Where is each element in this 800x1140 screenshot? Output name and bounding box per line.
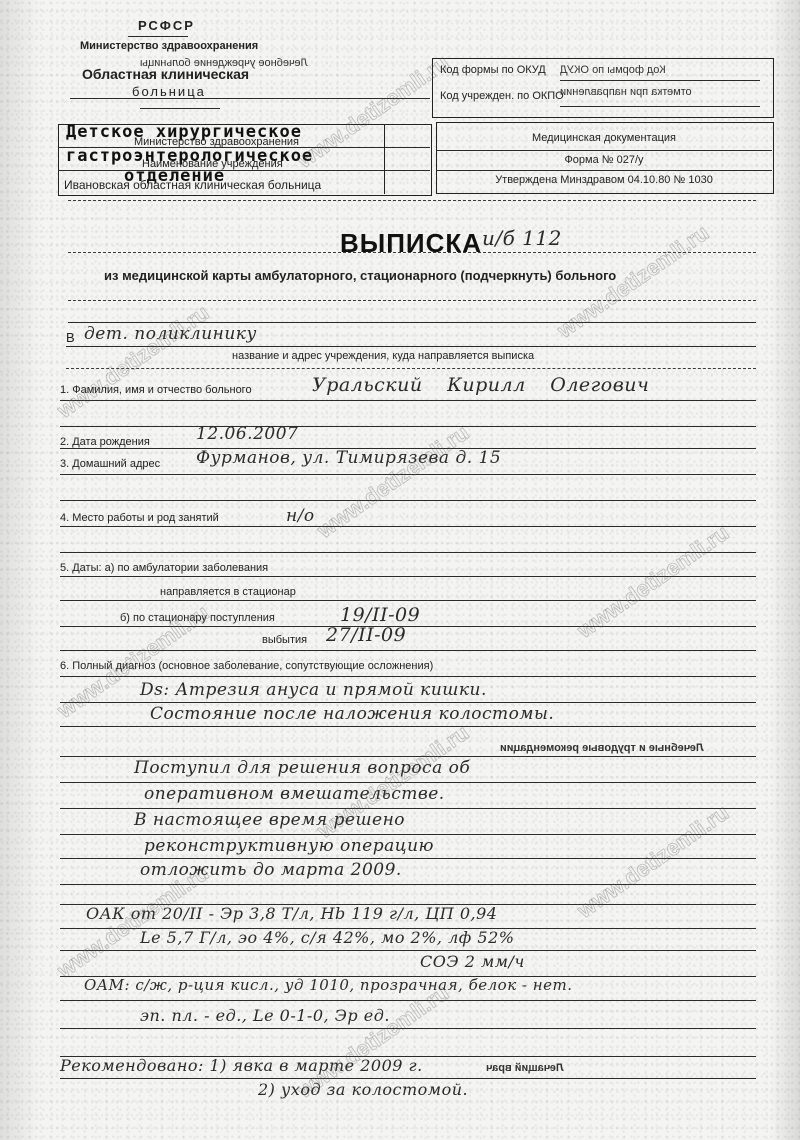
field-line [60, 426, 756, 427]
diagnosis-line1: Ds: Атрезия ануса и прямой кишки. [140, 680, 487, 700]
scan-shadow-right [770, 0, 800, 1140]
divider [68, 322, 756, 323]
diagnosis-line2: Состояние после наложения колостомы. [150, 704, 554, 724]
discharge-label: выбытия [262, 634, 307, 646]
divider [436, 150, 772, 151]
scan-shadow-left [0, 0, 40, 1140]
destination-value: дет. поликлинику [84, 324, 257, 344]
field-line [60, 676, 756, 677]
field-line [60, 650, 756, 651]
dates-label: 5. Даты: а) по амбулатории заболевания [60, 562, 268, 574]
birth-date-value: 12.06.2007 [196, 424, 298, 444]
field-line [60, 834, 756, 835]
diagnosis-label: 6. Полный диагноз (основное заболевание,… [60, 660, 433, 672]
note-line: Поступил для решения вопроса об [134, 758, 470, 778]
note-line: В настоящее время решено [134, 810, 405, 830]
field-line [60, 500, 756, 501]
home-address-value: Фурманов, ул. Тимирязева д. 15 [196, 448, 501, 468]
patient-name-value: Уральский Кирилл Олегович [312, 374, 649, 396]
recommendation-line1: Рекомендовано: 1) явка в марте 2009 г. [60, 1056, 423, 1075]
field-line [66, 346, 756, 347]
field-line [60, 400, 756, 401]
field-line [60, 858, 756, 859]
divider [70, 98, 430, 99]
destination-caption: название и адрес учреждения, куда направ… [232, 350, 534, 362]
admission-label: б) по стационару поступления [120, 612, 275, 624]
document-title: ВЫПИСКА [340, 228, 482, 259]
divider [68, 300, 756, 301]
form-code-label: Код формы по ОКУД [440, 64, 546, 76]
ministry-top: Министерство здравоохранения [80, 40, 258, 52]
patient-name-label: 1. Фамилия, имя и отчество больного [60, 384, 252, 396]
field-line [60, 782, 756, 783]
birth-date-label: 2. Дата рождения [60, 436, 150, 448]
form-approval: Утверждена Минздравом 04.10.80 № 1030 [436, 174, 772, 186]
cbc-line2: Le 5,7 Г/л, эо 4%, с/я 42%, мо 2%, лф 52… [140, 928, 514, 947]
field-line [60, 1000, 756, 1001]
divider [58, 170, 430, 171]
form-number: Форма № 027/у [436, 154, 772, 166]
divider [68, 200, 756, 201]
divider [68, 252, 756, 253]
cbc-line1: ОАК от 20/II - Эр 3,8 Т/л, Нb 119 г/л, Ц… [86, 904, 497, 923]
field-line [60, 884, 756, 885]
cbc-line3: СОЭ 2 мм/ч [420, 952, 525, 971]
bleed-through-text: отметка при направлении [560, 86, 692, 98]
home-address-label: 3. Домашний адрес [60, 458, 160, 470]
bleed-through-text: Код формы по ОКУД [560, 64, 666, 76]
field-line [60, 626, 756, 627]
recommendation-line2: 2) уход за колостомой. [258, 1080, 468, 1099]
doctor-bleed-through: Лечащий врач [486, 1062, 564, 1074]
workplace-value: н/о [286, 506, 315, 526]
record-number: и/б 112 [482, 226, 562, 250]
note-line: оперативном вмешательстве. [144, 784, 445, 804]
field-line [60, 1028, 756, 1029]
field-line [60, 600, 756, 601]
field-line [60, 576, 756, 577]
hospital-name-line2: больница [132, 84, 206, 99]
field-line [60, 702, 756, 703]
field-line [60, 552, 756, 553]
institution-code-label: Код учрежден. по ОКПО [440, 90, 564, 102]
divider [66, 368, 756, 369]
field-line [60, 1078, 756, 1079]
country-label: РСФСР [138, 18, 195, 33]
note-line: отложить до марта 2009. [140, 860, 402, 880]
watermark: www.detizemli.ru [573, 800, 734, 924]
referred-label: направляется в стационар [160, 586, 296, 598]
field-line [60, 726, 756, 727]
recommendations-bleed-through: Лечебные и трудовые рекомендации [500, 742, 704, 754]
workplace-label: 4. Место работы и род занятий [60, 512, 219, 524]
divider [140, 108, 220, 109]
divider [384, 124, 385, 194]
field-line [60, 808, 756, 809]
admission-date-value: 19/II-09 [340, 604, 420, 626]
divider [560, 80, 760, 81]
field-line [60, 756, 756, 757]
watermark: www.detizemli.ru [53, 300, 214, 424]
field-line [60, 950, 756, 951]
urinalysis-line2: эп. пл. - ед., Le 0-1-0, Эр ед. [140, 1006, 390, 1025]
urinalysis-line1: ОАМ: с/ж, р-ция кисл., уд 1010, прозрачн… [84, 976, 573, 994]
document-subtitle: из медицинской карты амбулаторного, стац… [104, 268, 616, 283]
form-doc-label: Медицинская документация [436, 132, 772, 144]
divider [560, 106, 760, 107]
divider [436, 170, 772, 171]
discharge-date-value: 27/II-09 [326, 624, 406, 646]
destination-prefix: В [66, 330, 75, 345]
field-line [60, 474, 756, 475]
hospital-name-line1: Областная клиническая [82, 66, 249, 82]
note-line: реконструктивную операцию [144, 836, 434, 856]
divider [128, 36, 188, 37]
field-line [60, 526, 756, 527]
institution-value: Ивановская областная клиническая больниц… [64, 178, 321, 192]
